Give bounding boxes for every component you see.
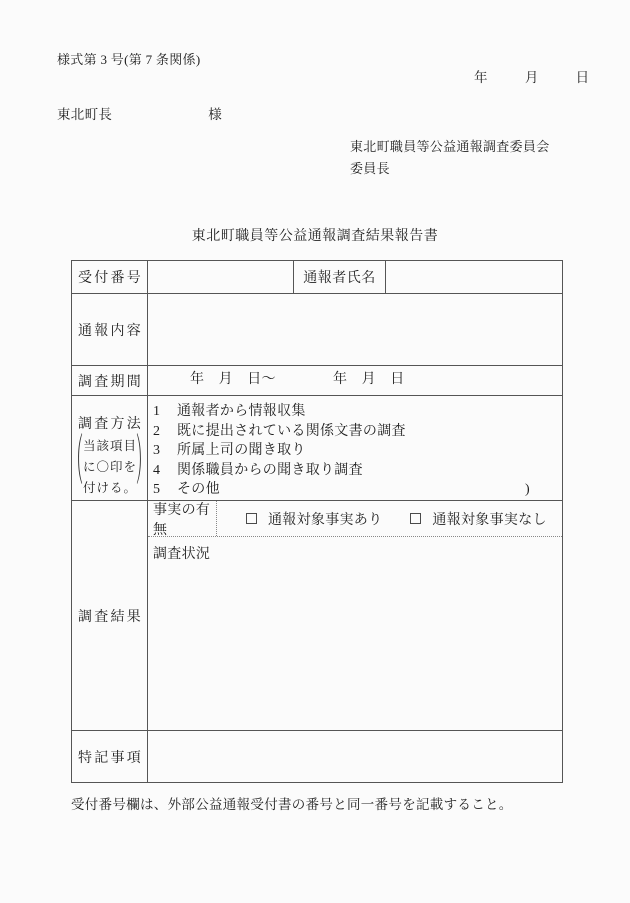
method-item-number: 5 <box>153 480 177 500</box>
row-report-content: 通報内容 <box>72 293 562 365</box>
date-month-label: 月 <box>525 66 539 86</box>
method-item-text: 所属上司の聞き取り <box>177 441 530 461</box>
row-survey-period: 調査期間 年 月 日～ 年 月 日 <box>72 365 562 395</box>
method-item: 2 既に提出されている関係文書の調査 <box>148 422 562 442</box>
survey-result-label: 調査結果 <box>72 606 147 626</box>
form-number: 様式第 3 号(第 7 条関係) <box>57 49 200 68</box>
note-line: 付ける。 <box>83 478 136 499</box>
fact-yes-option: 通報対象事実あり <box>246 509 382 529</box>
footer-note: 受付番号欄は、外部公益通報受付書の番号と同一番号を記載すること。 <box>71 793 513 813</box>
method-item-number: 4 <box>153 461 177 481</box>
addressee-name: 東北町長 <box>57 103 112 123</box>
addressee-honorific: 様 <box>208 103 222 123</box>
fact-no-label: 通報対象事実なし <box>432 509 546 529</box>
fact-presence-row: 事実の有無 通報対象事実あり 通報対象事実なし <box>148 501 562 537</box>
open-paren-glyph: （ <box>69 440 83 495</box>
report-form-table: 受付番号 通報者氏名 通報内容 調査期間 年 月 日～ 年 月 日 調査方法 <box>71 260 563 783</box>
date-year-label: 年 <box>474 66 488 86</box>
fact-yes-label: 通報対象事実あり <box>268 509 382 529</box>
fact-presence-options: 通報対象事実あり 通報対象事実なし <box>216 501 562 536</box>
receipt-number-label: 受付番号 <box>72 267 147 287</box>
receipt-number-value-cell <box>148 261 294 293</box>
report-content-label-cell: 通報内容 <box>72 294 148 365</box>
method-item: 5 その他 ) <box>148 480 562 500</box>
survey-method-note: （ 当該項目 に〇印を 付ける。 ） <box>69 436 150 499</box>
addressee-line: 東北町長 様 <box>57 103 222 123</box>
date-line: 年 月 日 <box>474 66 589 86</box>
method-item-text: 通報者から情報収集 <box>177 402 530 422</box>
method-other-close-paren: ) <box>525 480 530 500</box>
method-item-number: 2 <box>153 422 177 442</box>
row-survey-result: 調査結果 事実の有無 通報対象事実あり 通報対象事実なし <box>72 500 562 730</box>
note-line: に〇印を <box>83 457 136 478</box>
survey-result-label-cell: 調査結果 <box>72 501 148 730</box>
receipt-number-label-cell: 受付番号 <box>72 261 148 293</box>
method-item-number: 1 <box>153 402 177 422</box>
report-content-value-cell <box>148 294 562 365</box>
row-survey-method: 調査方法 （ 当該項目 に〇印を 付ける。 ） 1 通報者から情報収集 <box>72 395 562 500</box>
reporter-name-label: 通報者氏名 <box>294 261 386 293</box>
checkbox-unchecked-icon[interactable] <box>246 513 257 524</box>
note-line: 当該項目 <box>83 436 136 457</box>
survey-status-area: 調査状況 <box>148 537 562 730</box>
survey-method-label: 調査方法 <box>72 413 147 433</box>
sender-committee: 東北町職員等公益通報調査委員会 <box>350 136 550 158</box>
row-receipt-number: 受付番号 通報者氏名 <box>72 261 562 293</box>
method-item-text: その他 <box>177 480 525 500</box>
row-special-notes: 特記事項 <box>72 730 562 782</box>
survey-method-label-cell: 調査方法 （ 当該項目 に〇印を 付ける。 ） <box>72 396 148 500</box>
report-content-label: 通報内容 <box>72 320 147 340</box>
survey-period-label: 調査期間 <box>72 371 147 391</box>
method-item: 4 関係職員からの聞き取り調査 <box>148 461 562 481</box>
special-notes-value-cell <box>148 731 562 782</box>
survey-period-label-cell: 調査期間 <box>72 366 148 395</box>
survey-method-list: 1 通報者から情報収集 2 既に提出されている関係文書の調査 3 所属上司の聞き… <box>148 396 562 500</box>
method-item-text: 既に提出されている関係文書の調査 <box>177 422 530 442</box>
fact-presence-label: 事実の有無 <box>148 499 216 539</box>
method-item: 3 所属上司の聞き取り <box>148 441 562 461</box>
close-paren-glyph: ） <box>136 440 150 495</box>
method-item-text: 関係職員からの聞き取り調査 <box>177 461 530 481</box>
special-notes-label: 特記事項 <box>72 747 147 767</box>
survey-result-content: 事実の有無 通報対象事実あり 通報対象事実なし 調査状況 <box>148 501 562 730</box>
fact-no-option: 通報対象事実なし <box>410 509 546 529</box>
document-page: 様式第 3 号(第 7 条関係) 年 月 日 東北町長 様 東北町職員等公益通報… <box>0 0 630 903</box>
date-day-label: 日 <box>576 66 590 86</box>
survey-method-note-lines: 当該項目 に〇印を 付ける。 <box>83 436 136 499</box>
special-notes-label-cell: 特記事項 <box>72 731 148 782</box>
sender-block: 東北町職員等公益通報調査委員会 委員長 <box>350 136 550 180</box>
reporter-name-value-cell <box>386 261 562 293</box>
survey-status-label: 調査状況 <box>153 547 210 562</box>
method-item-number: 3 <box>153 441 177 461</box>
sender-title: 委員長 <box>350 158 550 180</box>
document-title: 東北町職員等公益通報調査結果報告書 <box>0 225 630 245</box>
checkbox-unchecked-icon[interactable] <box>410 513 421 524</box>
survey-period-value-cell: 年 月 日～ 年 月 日 <box>148 366 562 395</box>
method-item: 1 通報者から情報収集 <box>148 402 562 422</box>
